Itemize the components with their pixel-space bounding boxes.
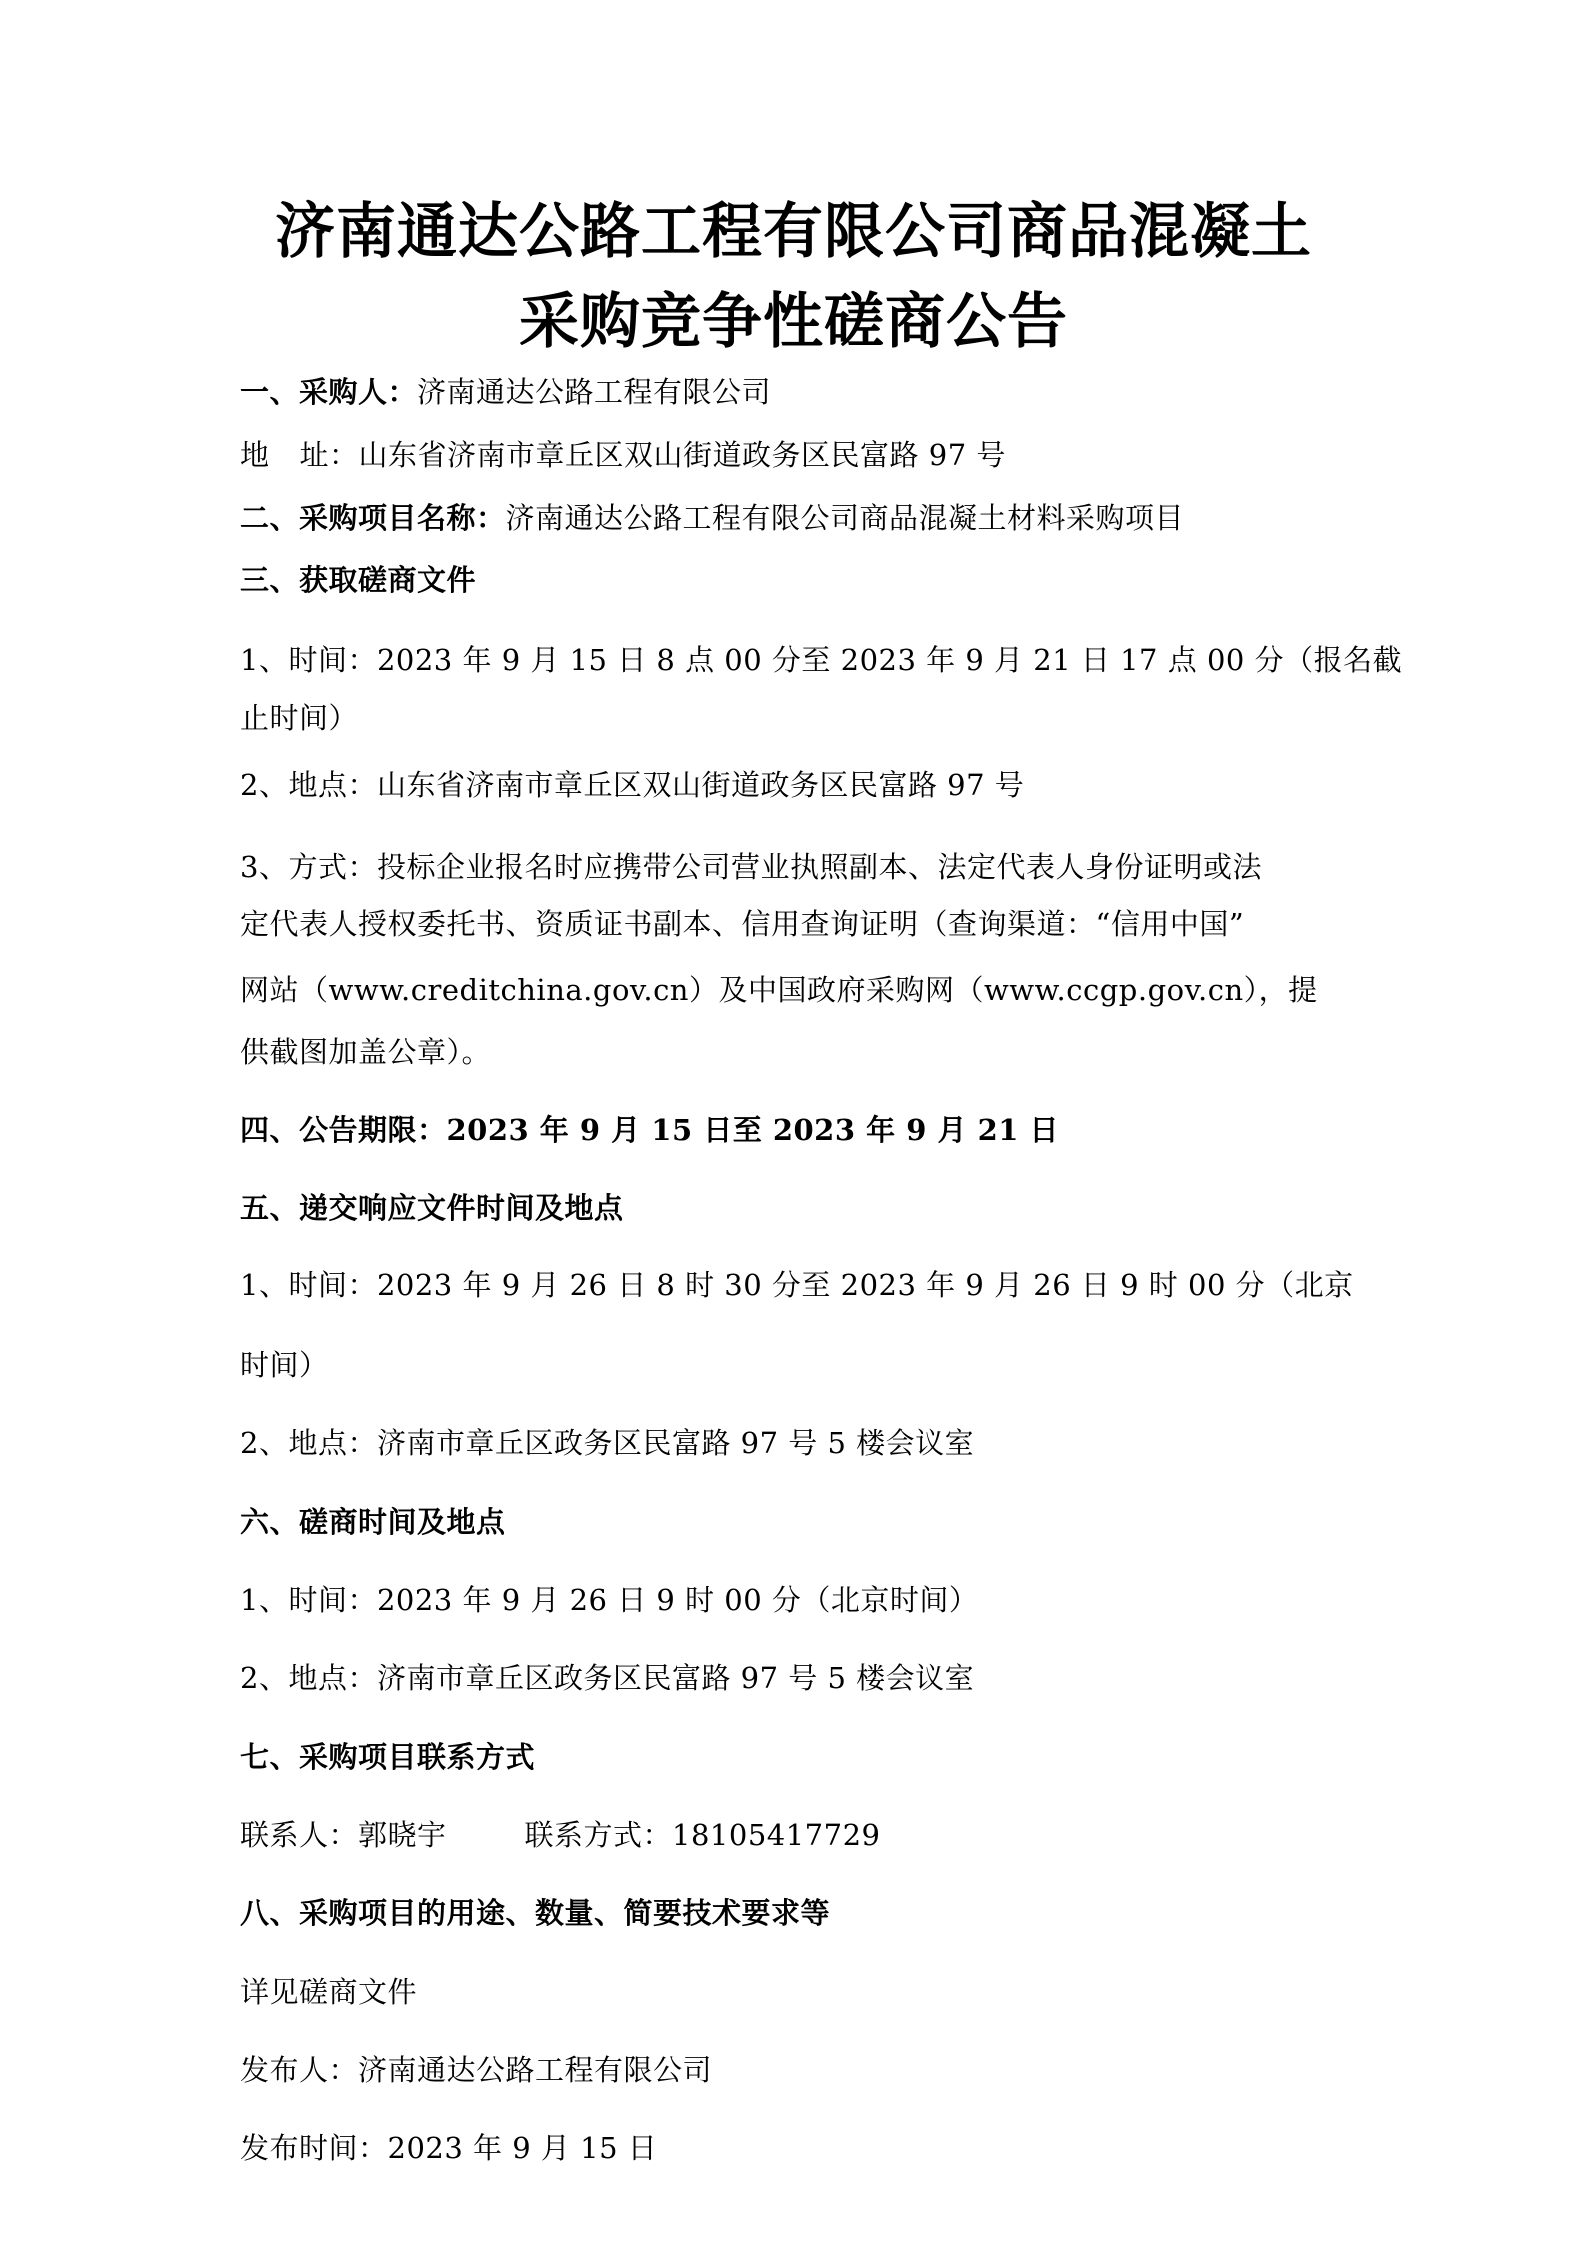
publish-date: 发布时间：2023 年 9 月 15 日 <box>240 2128 1360 2168</box>
project-name-value: 济南通达公路工程有限公司商品混凝土材料采购项目 <box>506 501 1185 535</box>
address-value: 山东省济南市章丘区双山街道政务区民富路 97 号 <box>359 438 1006 472</box>
negotiation-time: 1、时间：2023 年 9 月 26 日 9 时 00 分（北京时间） <box>240 1580 1360 1620</box>
submission-time-line1: 1、时间：2023 年 9 月 26 日 8 时 30 分至 2023 年 9 … <box>240 1265 1360 1305</box>
obtain-method-line4: 供截图加盖公章）。 <box>240 1032 1360 1072</box>
section-address: 地址：山东省济南市章丘区双山街道政务区民富路 97 号 <box>240 435 1360 475</box>
obtain-time-line2: 止时间） <box>240 698 1360 738</box>
project-name-label: 二、采购项目名称： <box>240 501 506 535</box>
address-label-a: 地 <box>240 438 270 472</box>
address-label-b: 址： <box>300 438 359 472</box>
purchaser-label: 一、采购人： <box>240 375 417 409</box>
document-title-line1: 济南通达公路工程有限公司商品混凝土 <box>0 196 1587 268</box>
negotiation-location: 2、地点：济南市章丘区政务区民富路 97 号 5 楼会议室 <box>240 1658 1360 1698</box>
contact-line: 联系人：郭晓宇联系方式：18105417729 <box>240 1815 1360 1855</box>
obtain-method-line2: 定代表人授权委托书、资质证书副本、信用查询证明（查询渠道：“信用中国” <box>240 904 1360 944</box>
section-notice-period: 四、公告期限：2023 年 9 月 15 日至 2023 年 9 月 21 日 <box>240 1110 1360 1150</box>
obtain-time-line1: 1、时间：2023 年 9 月 15 日 8 点 00 分至 2023 年 9 … <box>240 640 1360 680</box>
document-page: 济南通达公路工程有限公司商品混凝土 采购竞争性磋商公告 一、采购人：济南通达公路… <box>0 0 1587 2245</box>
section-contact-heading: 七、采购项目联系方式 <box>240 1737 1360 1777</box>
obtain-location: 2、地点：山东省济南市章丘区双山街道政务区民富路 97 号 <box>240 765 1360 805</box>
publisher: 发布人：济南通达公路工程有限公司 <box>240 2050 1360 2090</box>
contact-phone: 联系方式：18105417729 <box>525 1818 881 1852</box>
section-negotiation-heading: 六、磋商时间及地点 <box>240 1502 1360 1542</box>
purchaser-value: 济南通达公路工程有限公司 <box>417 375 771 409</box>
section-purchaser: 一、采购人：济南通达公路工程有限公司 <box>240 372 1360 412</box>
requirements-detail: 详见磋商文件 <box>240 1972 1360 2012</box>
submission-location: 2、地点：济南市章丘区政务区民富路 97 号 5 楼会议室 <box>240 1423 1360 1463</box>
submission-time-line2: 时间） <box>240 1345 1360 1385</box>
contact-person: 联系人：郭晓宇 <box>240 1818 447 1852</box>
obtain-method-line3: 网站（www.creditchina.gov.cn）及中国政府采购网（www.c… <box>240 970 1360 1010</box>
section-project-name: 二、采购项目名称：济南通达公路工程有限公司商品混凝土材料采购项目 <box>240 498 1360 538</box>
section-submission-heading: 五、递交响应文件时间及地点 <box>240 1188 1360 1228</box>
obtain-method-line1: 3、方式：投标企业报名时应携带公司营业执照副本、法定代表人身份证明或法 <box>240 847 1360 887</box>
document-title-line2: 采购竞争性磋商公告 <box>0 286 1587 358</box>
section-requirements-heading: 八、采购项目的用途、数量、简要技术要求等 <box>240 1893 1360 1933</box>
section-obtain-docs-heading: 三、获取磋商文件 <box>240 560 1360 600</box>
